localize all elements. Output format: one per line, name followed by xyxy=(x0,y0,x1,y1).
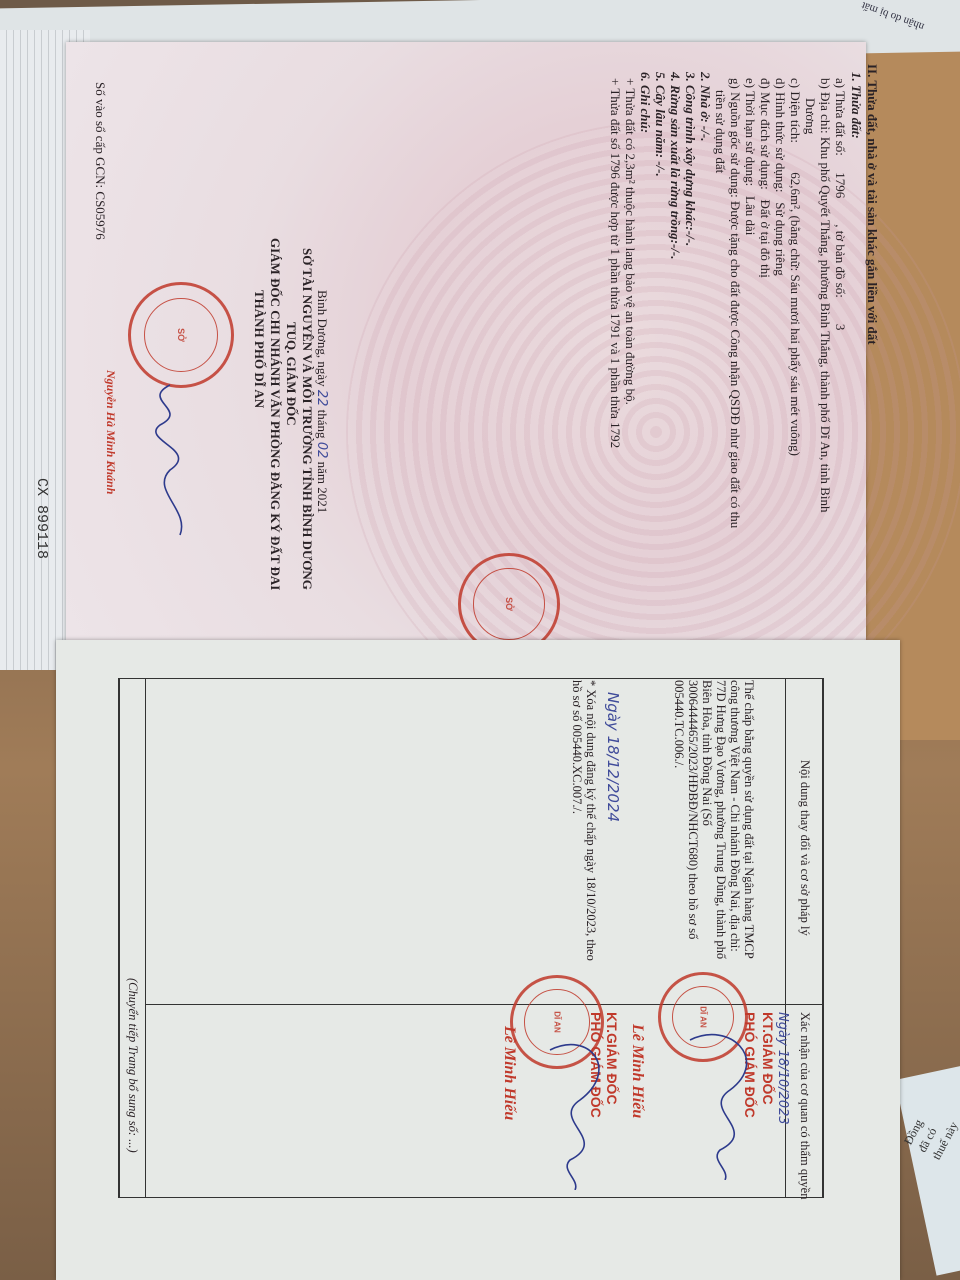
note-2: + Thửa đất số 1796 được hợp từ 1 phần th… xyxy=(608,78,623,448)
item-house: 2. Nhà ở: -/-. xyxy=(698,72,713,141)
entry1-line5: 3006444465/2023/HĐBĐ/NHCT680) theo hồ sơ… xyxy=(685,680,700,939)
usage-form-row: d) Hình thức sử dụng: Sử dụng riêng xyxy=(773,78,788,276)
table-footer-divider xyxy=(145,678,146,1198)
entry1-signature xyxy=(670,1020,780,1180)
continuation-footer: (Chuyển tiếp Trang bổ sung số: ...) xyxy=(125,978,140,1153)
section-title: II. Thửa đất, nhà ở và tài sản khác gắn … xyxy=(865,64,880,345)
entry1-line2: công thương Việt Nam - Chi nhánh Đồng Na… xyxy=(727,680,742,952)
table-border-left xyxy=(118,678,120,1198)
issuer-line1: SỞ TÀI NGUYÊN VÀ MÔI TRƯỜNG TỈNH BÌNH DƯ… xyxy=(300,248,315,590)
item-forest: 4. Rừng sản xuất là rừng trồng:-/-. xyxy=(668,72,683,260)
table-border-bottom xyxy=(118,1197,824,1198)
parcel-number: 1796 xyxy=(833,172,848,198)
table-border-right xyxy=(822,678,824,1198)
upper-signature xyxy=(130,380,220,540)
issuer-line2: TUQ. GIÁM ĐỐC xyxy=(284,322,299,426)
entry1-line1: Thế chấp bằng quyền sử dụng đất tại Ngân… xyxy=(741,680,756,959)
department-stamp: SỞ xyxy=(128,282,234,388)
origin-line1: g) Nguồn gốc sử dụng: Được tặng cho đất … xyxy=(728,78,743,528)
address-line1: b) Địa chỉ: Khu phố Quyết Thắng, phường … xyxy=(818,78,833,512)
entry2-handwritten-date: Ngày 18/12/2024 xyxy=(604,692,622,822)
col-header-confirmation: Xác nhận của cơ quan có thẩm quyền xyxy=(797,1012,812,1199)
usage-term-row: e) Thời hạn sử dụng: Lâu dài xyxy=(743,78,758,235)
issue-date: Bình Dương, ngày 22 tháng 02 năm 2021 xyxy=(314,290,330,513)
entry1-line3: 77D Hưng Đạo Vương, phường Trung Dũng, t… xyxy=(713,680,728,959)
entry1-signer-name: Lê Minh Hiếu xyxy=(628,1024,646,1118)
entry1-line4: Biên Hòa, tỉnh Đồng Nai (Số xyxy=(699,680,714,826)
usage-purpose-row: đ) Mục đích sử dụng: Đất ở tại đô thị xyxy=(758,78,773,278)
parcel-heading: 1. Thửa đất: xyxy=(849,72,864,139)
area-value: 62,6m², (bằng chữ: Sáu mươi hai phẩy sáu… xyxy=(788,172,803,456)
address-line2: Dương xyxy=(803,98,818,134)
entry2-signature xyxy=(520,1030,630,1190)
origin-line2: tiền sử dụng đất xyxy=(713,90,728,173)
serial-number: CX 899118 xyxy=(33,478,50,559)
issue-month: 02 xyxy=(314,442,329,459)
issuer-line4: THÀNH PHỐ DĨ AN xyxy=(252,290,267,408)
table-border-top xyxy=(118,678,824,679)
issuer-line3: GIÁM ĐỐC CHI NHÁNH VĂN PHÒNG ĐĂNG KÝ ĐẤT… xyxy=(268,238,283,590)
entry2-line2: hồ sơ số 005440.XC.007./. xyxy=(569,680,584,814)
entry1-line6: 005440.TC.006./. xyxy=(671,680,686,768)
entry2-line1: * Xóa nội dung đăng ký thế chấp ngày 18/… xyxy=(583,680,598,961)
item-notes: 6. Ghi chú: xyxy=(638,72,653,133)
entry2-signer-name: Lê Minh Hiếu xyxy=(500,1026,518,1120)
item-other-construction: 3. Công trình xây dựng khác:-/-. xyxy=(683,72,698,246)
area-row: c) Diện tích: 62,6m², (bằng chữ: Sáu mươ… xyxy=(788,78,803,456)
col-header-changes: Nội dung thay đổi và cơ sở pháp lý xyxy=(797,760,812,936)
issue-day: 22 xyxy=(314,390,329,407)
parcel-number-row: a) Thửa đất số: 1796 , tờ bản đồ số: 3 xyxy=(833,78,848,330)
note-1: + Thửa đất có 2,3m² thuộc hành lang bảo … xyxy=(623,78,638,405)
item-perennial: 5. Cây lâu năm: -/-. xyxy=(653,72,668,177)
upper-signer-name: Nguyễn Hà Minh Khánh xyxy=(103,370,118,494)
map-sheet-number: 3 xyxy=(833,324,848,331)
registry-number: Số vào sổ cấp GCN: CS05976 xyxy=(93,82,108,240)
certificate-page-lower xyxy=(56,640,900,1280)
